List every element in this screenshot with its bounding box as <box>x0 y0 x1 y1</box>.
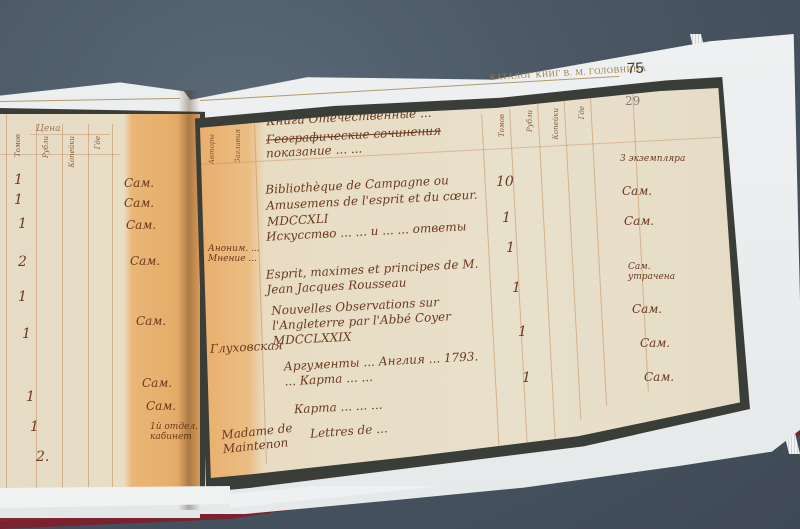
left-price-group-header: Цена <box>36 124 60 134</box>
entry-author: Аноним. ... Мнение ... <box>208 244 268 264</box>
entry-volumes: 1 <box>502 210 511 226</box>
entry-note: Сам. <box>622 184 652 198</box>
entry-volumes: 1 <box>518 324 527 340</box>
entry-title: Esprit, maximes et principes de M. Jean … <box>265 256 486 297</box>
left-col-header-kopecks: Копейки <box>68 136 76 167</box>
volume-mark: 1 <box>14 172 23 188</box>
note: Сам. <box>142 376 172 390</box>
note: Сам. <box>130 254 160 268</box>
entry-note: 3 экземпляра <box>620 154 685 164</box>
volume-mark: 1 <box>14 192 23 208</box>
left-col-header-volumes: Томов <box>14 134 22 157</box>
col-header-volumes: Томов <box>498 114 506 137</box>
page-number: 75 <box>627 60 645 78</box>
volume-mark: 1 <box>18 289 27 305</box>
note: Сам. <box>146 399 176 413</box>
entry-volumes: 1 <box>522 370 531 386</box>
page-bottom-edge <box>0 486 800 529</box>
book-photograph: КАТАЛОГ КНИГ В. М. ГОЛОВНИНА 75 Цена Том… <box>0 0 800 529</box>
entry-volumes: 10 <box>496 174 514 190</box>
entry-note: Сам. <box>624 214 654 228</box>
note: Сам. <box>124 196 154 210</box>
volume-mark: 2 <box>18 254 27 270</box>
entry-title: Nouvelles Observations sur l'Angleterre … <box>271 292 493 348</box>
folio-number: 29 <box>625 94 640 108</box>
volume-mark: 1 <box>26 389 35 405</box>
left-col-header-rubles: Рубли <box>42 136 50 158</box>
entry-volumes: 1 <box>512 280 521 296</box>
left-col-header-where: Где <box>94 136 102 149</box>
volume-mark: 1 <box>30 419 39 435</box>
entry-title: Карта ... ... ... <box>294 398 383 417</box>
entry-note: Сам. <box>644 370 674 384</box>
entry-note: Сам. <box>632 302 662 316</box>
entry-title: Lettres de ... <box>310 421 388 440</box>
note: Сам. <box>136 314 166 328</box>
col-header-where: Где <box>578 106 586 119</box>
col-header-authors: Авторы <box>208 134 216 164</box>
left-manuscript: Цена Томов Рубли Копейки Где 1 1 1 2 1 1… <box>0 114 200 490</box>
volume-mark: 1 <box>18 216 27 232</box>
entry-note: Сам. <box>640 336 670 350</box>
col-header-rubles: Рубли <box>526 110 534 132</box>
entry-title: Аргументы ... Англия ... 1793. ... Карта… <box>283 349 494 390</box>
note: Сам. <box>126 218 156 232</box>
entry-volumes: 1 <box>506 240 515 256</box>
entry-author: Глуховская <box>210 338 283 356</box>
note: Сам. <box>124 176 154 190</box>
col-header-titles: Заглавия <box>234 129 242 163</box>
entry-author: Madame de Maintenon <box>221 420 303 456</box>
entry-note: Сам. утрачена <box>628 262 688 282</box>
col-header-kopecks: Копейки <box>552 108 560 139</box>
volume-mark: 1 <box>22 326 31 342</box>
volume-mark: 2. <box>36 449 49 465</box>
